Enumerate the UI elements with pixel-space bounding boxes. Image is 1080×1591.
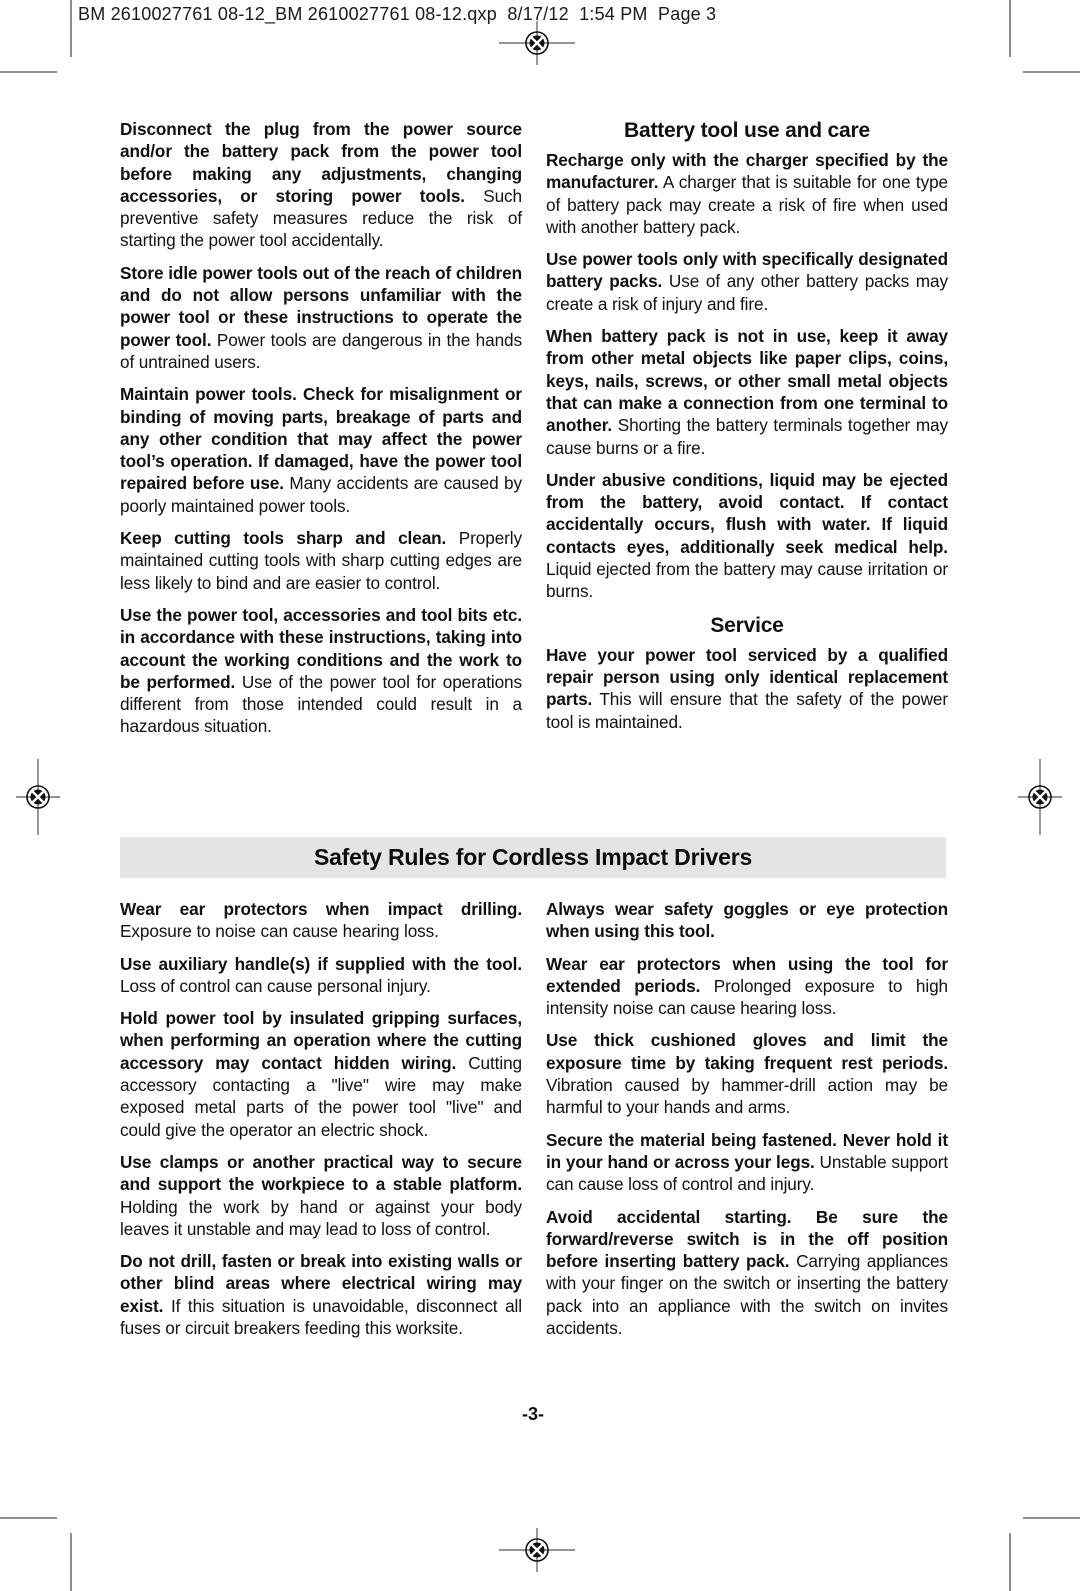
registration-mark-icon: [499, 15, 575, 71]
paragraph-body: Loss of control can cause personal injur…: [120, 976, 431, 996]
paragraph-body: Vibration caused by hammer-drill action …: [546, 1075, 948, 1117]
safety-paragraph: Store idle power tools out of the reach …: [120, 262, 522, 373]
crop-mark: [1023, 1517, 1080, 1519]
paragraph-lead: Use clamps or another practical way to s…: [120, 1152, 522, 1194]
safety-paragraph: Use the power tool, accessories and tool…: [120, 604, 522, 738]
safety-paragraph: Under abusive conditions, liquid may be …: [546, 469, 948, 603]
safety-paragraph: Have your power tool serviced by a quali…: [546, 644, 948, 733]
safety-paragraph: Secure the material being fastened. Neve…: [546, 1129, 948, 1196]
paragraph-lead: Use thick cushioned gloves and limit the…: [546, 1030, 948, 1072]
safety-paragraph: When battery pack is not in use, keep it…: [546, 325, 948, 459]
safety-paragraph: Always wear safety goggles or eye protec…: [546, 898, 948, 943]
safety-paragraph: Use power tools only with specifically d…: [546, 248, 948, 315]
paragraph-body: Liquid ejected from the battery may caus…: [546, 559, 948, 601]
safety-paragraph: Use auxiliary handle(s) if supplied with…: [120, 953, 522, 998]
safety-paragraph: Wear ear protectors when impact drilling…: [120, 898, 522, 943]
paragraph-lead: Use auxiliary handle(s) if supplied with…: [120, 954, 522, 974]
paragraph-lead: Always wear safety goggles or eye protec…: [546, 899, 948, 941]
paragraph-body: This will ensure that the safety of the …: [546, 689, 948, 731]
crop-mark: [1009, 1533, 1011, 1591]
safety-paragraph: Disconnect the plug from the power sourc…: [120, 118, 522, 252]
battery-care-column: Battery tool use and care Recharge only …: [546, 118, 948, 743]
registration-mark-icon: [499, 1522, 575, 1578]
crop-mark: [70, 0, 72, 57]
paragraph-body: If this situation is unavoidable, discon…: [120, 1296, 522, 1338]
safety-paragraph: Maintain power tools. Check for misalign…: [120, 383, 522, 517]
file-info-header: BM 2610027761 08-12_BM 2610027761 08-12.…: [78, 4, 716, 25]
safety-paragraph: Hold power tool by insulated gripping su…: [120, 1007, 522, 1141]
crop-mark: [0, 1517, 57, 1519]
safety-paragraph: Keep cutting tools sharp and clean. Prop…: [120, 527, 522, 594]
general-safety-left-column: Disconnect the plug from the power sourc…: [120, 118, 522, 748]
page-number: -3-: [0, 1404, 1066, 1425]
safety-paragraph: Wear ear protectors when using the tool …: [546, 953, 948, 1020]
paragraph-lead: Keep cutting tools sharp and clean.: [120, 528, 446, 548]
safety-paragraph: Use thick cushioned gloves and limit the…: [546, 1029, 948, 1118]
crop-mark: [1023, 71, 1080, 73]
section-banner-title: Safety Rules for Cordless Impact Drivers: [314, 844, 752, 871]
service-heading: Service: [546, 613, 948, 639]
crop-mark: [70, 1533, 72, 1591]
paragraph-body: Holding the work by hand or against your…: [120, 1197, 522, 1239]
manual-page: BM 2610027761 08-12_BM 2610027761 08-12.…: [0, 0, 1080, 1591]
impact-safety-left-column: Wear ear protectors when impact drilling…: [120, 898, 522, 1349]
paragraph-body: Exposure to noise can cause hearing loss…: [120, 921, 439, 941]
impact-safety-right-column: Always wear safety goggles or eye protec…: [546, 898, 948, 1349]
paragraph-lead: Disconnect the plug from the power sourc…: [120, 119, 522, 206]
battery-care-heading: Battery tool use and care: [546, 118, 948, 144]
safety-paragraph: Do not drill, fasten or break into exist…: [120, 1250, 522, 1339]
section-banner: Safety Rules for Cordless Impact Drivers: [120, 837, 946, 878]
crop-mark: [0, 71, 57, 73]
registration-mark-icon: [10, 759, 66, 835]
crop-mark: [1009, 0, 1011, 57]
paragraph-lead: Under abusive conditions, liquid may be …: [546, 470, 948, 557]
safety-paragraph: Avoid accidental starting. Be sure the f…: [546, 1206, 948, 1340]
registration-mark-icon: [1012, 759, 1068, 835]
safety-paragraph: Use clamps or another practical way to s…: [120, 1151, 522, 1240]
paragraph-lead: Wear ear protectors when impact drilling…: [120, 899, 522, 919]
safety-paragraph: Recharge only with the charger specified…: [546, 149, 948, 238]
